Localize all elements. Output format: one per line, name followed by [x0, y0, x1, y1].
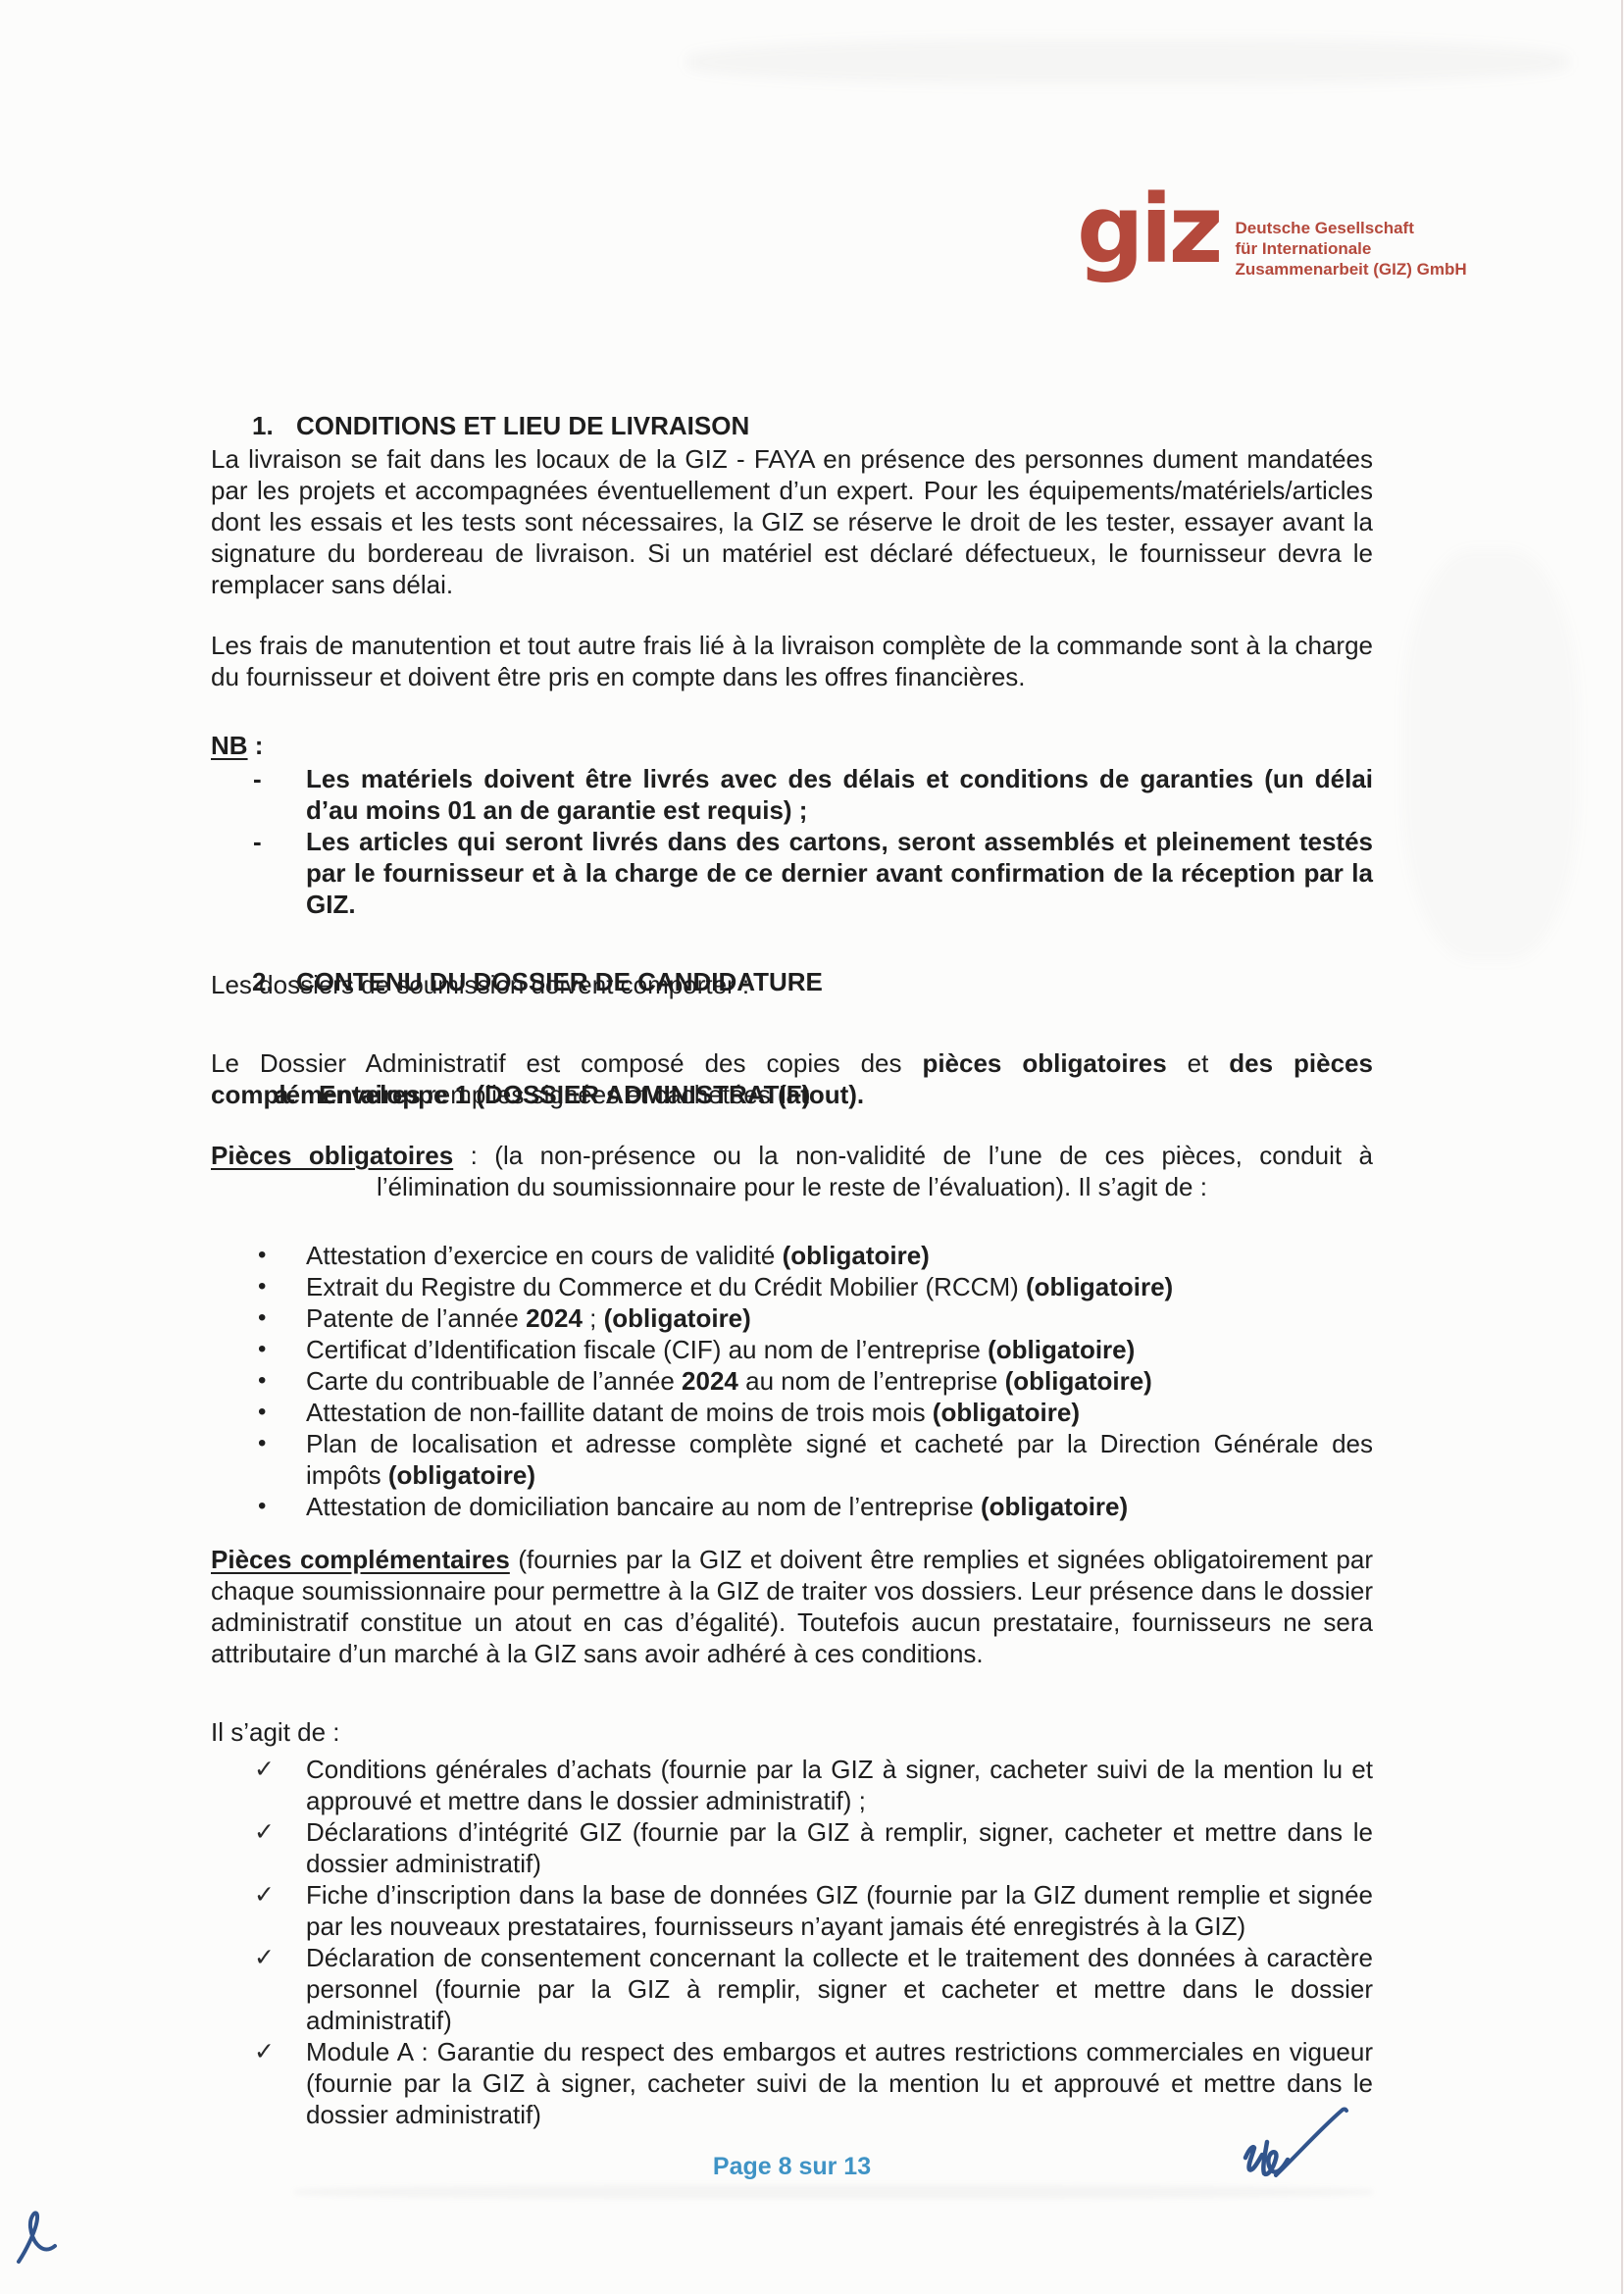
complementaire-item-4: ✓ Déclaration de consentement concernant… — [211, 1942, 1373, 2036]
bullet-marker: • — [258, 1302, 266, 1334]
page-number-footer: Page 8 sur 13 — [211, 2151, 1373, 2182]
obligatoire-item-text: Attestation de domiciliation bancaire au… — [306, 1491, 1373, 1522]
scan-noise-top — [686, 39, 1569, 84]
bullet-marker: • — [258, 1334, 266, 1365]
nb-item-1: - Les matériels doivent être livrés avec… — [211, 763, 1373, 826]
checkmark-icon: ✓ — [254, 1754, 275, 1785]
complementaire-item-2: ✓ Déclarations d’intégrité GIZ (fournie … — [211, 1816, 1373, 1879]
bullet-marker: • — [258, 1428, 266, 1459]
complementaire-item-3: ✓ Fiche d’inscription dans la base de do… — [211, 1879, 1373, 1942]
obligatoire-item-4: • Certificat d’Identification fiscale (C… — [211, 1334, 1373, 1365]
obligatoire-item-text: Certificat d’Identification fiscale (CIF… — [306, 1334, 1373, 1365]
obligatoire-item-1: • Attestation d’exercice en cours de val… — [211, 1240, 1373, 1271]
obligatoire-item-text: Patente de l’année 2024 ; (obligatoire) — [306, 1302, 1373, 1334]
obligatoire-item-3: • Patente de l’année 2024 ; (obligatoire… — [211, 1302, 1373, 1334]
pieces-obligatoires-list: • Attestation d’exercice en cours de val… — [211, 1240, 1373, 1522]
nb-item-2: - Les articles qui seront livrés dans de… — [211, 826, 1373, 920]
logo-tagline-line-2: für Internationale — [1236, 238, 1467, 259]
delivery-paragraph-2: Les frais de manutention et tout autre f… — [211, 630, 1373, 692]
pieces-obligatoires-paragraph: Pièces obligatoires : (la non-présence o… — [211, 1140, 1373, 1202]
nb-item-text: Les matériels doivent être livrés avec d… — [306, 763, 1373, 826]
obligatoire-item-2: • Extrait du Registre du Commerce et du … — [211, 1271, 1373, 1302]
obligatoire-item-7: • Plan de localisation et adresse complè… — [211, 1428, 1373, 1491]
signature-initials-icon — [1236, 2105, 1353, 2198]
section-1-number: 1. — [252, 410, 274, 441]
obligatoire-item-text: Attestation d’exercice en cours de valid… — [306, 1240, 1373, 1271]
checkmark-icon: ✓ — [254, 1879, 275, 1911]
obligatoire-item-text: Attestation de non-faillite datant de mo… — [306, 1397, 1373, 1428]
giz-logo-tagline: Deutsche Gesellschaft für Internationale… — [1236, 218, 1467, 280]
obligatoire-item-8: • Attestation de domiciliation bancaire … — [211, 1491, 1373, 1522]
scan-edge-line — [1621, 0, 1623, 2294]
dash-marker: - — [253, 763, 262, 794]
bullet-marker: • — [258, 1491, 266, 1522]
complementaire-item-text: Déclarations d’intégrité GIZ (fournie pa… — [306, 1816, 1373, 1879]
submission-intro: Les dossiers de soumission doivent compo… — [211, 969, 1373, 1000]
bullet-marker: • — [258, 1240, 266, 1271]
scan-noise-right — [1402, 549, 1579, 961]
obligatoire-item-5: • Carte du contribuable de l’année 2024 … — [211, 1365, 1373, 1397]
bullet-marker: • — [258, 1271, 266, 1302]
scanned-document-page: giz Deutsche Gesellschaft für Internatio… — [0, 0, 1624, 2294]
il-sagit-label: Il s’agit de : — [211, 1716, 1373, 1748]
checkmark-icon: ✓ — [254, 1816, 275, 1848]
complementaire-item-1: ✓ Conditions générales d’achats (fournie… — [211, 1754, 1373, 1816]
corner-pen-stroke-icon — [12, 2207, 67, 2268]
nb-item-text: Les articles qui seront livrés dans des … — [306, 826, 1373, 920]
obligatoire-item-text: Carte du contribuable de l’année 2024 au… — [306, 1365, 1373, 1397]
obligatoire-item-text: Plan de localisation et adresse complète… — [306, 1428, 1373, 1491]
obligatoire-item-6: • Attestation de non-faillite datant de … — [211, 1397, 1373, 1428]
giz-logo: giz Deutsche Gesellschaft für Internatio… — [1077, 196, 1467, 280]
giz-logo-wordmark: giz — [1077, 182, 1220, 277]
complementaire-item-text: Module A : Garantie du respect des embar… — [306, 2036, 1373, 2130]
delivery-paragraph-1: La livraison se fait dans les locaux de … — [211, 443, 1373, 600]
nb-list: - Les matériels doivent être livrés avec… — [211, 763, 1373, 920]
obligatoire-item-text: Extrait du Registre du Commerce et du Cr… — [306, 1271, 1373, 1302]
logo-tagline-line-3: Zusammenarbeit (GIZ) GmbH — [1236, 259, 1467, 280]
bullet-marker: • — [258, 1365, 266, 1397]
section-1-title: CONDITIONS ET LIEU DE LIVRAISON — [296, 411, 749, 440]
admin-dossier-paragraph: Le Dossier Administratif est composé des… — [211, 1047, 1373, 1110]
logo-tagline-line-1: Deutsche Gesellschaft — [1236, 218, 1467, 238]
complementaire-item-5: ✓ Module A : Garantie du respect des emb… — [211, 2036, 1373, 2130]
section-1-heading: 1. CONDITIONS ET LIEU DE LIVRAISON — [211, 410, 1373, 441]
pieces-complementaires-paragraph: Pièces complémentaires (fournies par la … — [211, 1544, 1373, 1669]
bullet-marker: • — [258, 1397, 266, 1428]
complementaire-item-text: Fiche d’inscription dans la base de donn… — [306, 1879, 1373, 1942]
scan-noise-bottom — [294, 2185, 1373, 2199]
pieces-complementaires-list: ✓ Conditions générales d’achats (fournie… — [211, 1754, 1373, 2130]
nb-label: NB : — [211, 730, 1373, 761]
complementaire-item-text: Déclaration de consentement concernant l… — [306, 1942, 1373, 2036]
complementaire-item-text: Conditions générales d’achats (fournie p… — [306, 1754, 1373, 1816]
checkmark-icon: ✓ — [254, 1942, 275, 1973]
checkmark-icon: ✓ — [254, 2036, 275, 2067]
dash-marker: - — [253, 826, 262, 857]
